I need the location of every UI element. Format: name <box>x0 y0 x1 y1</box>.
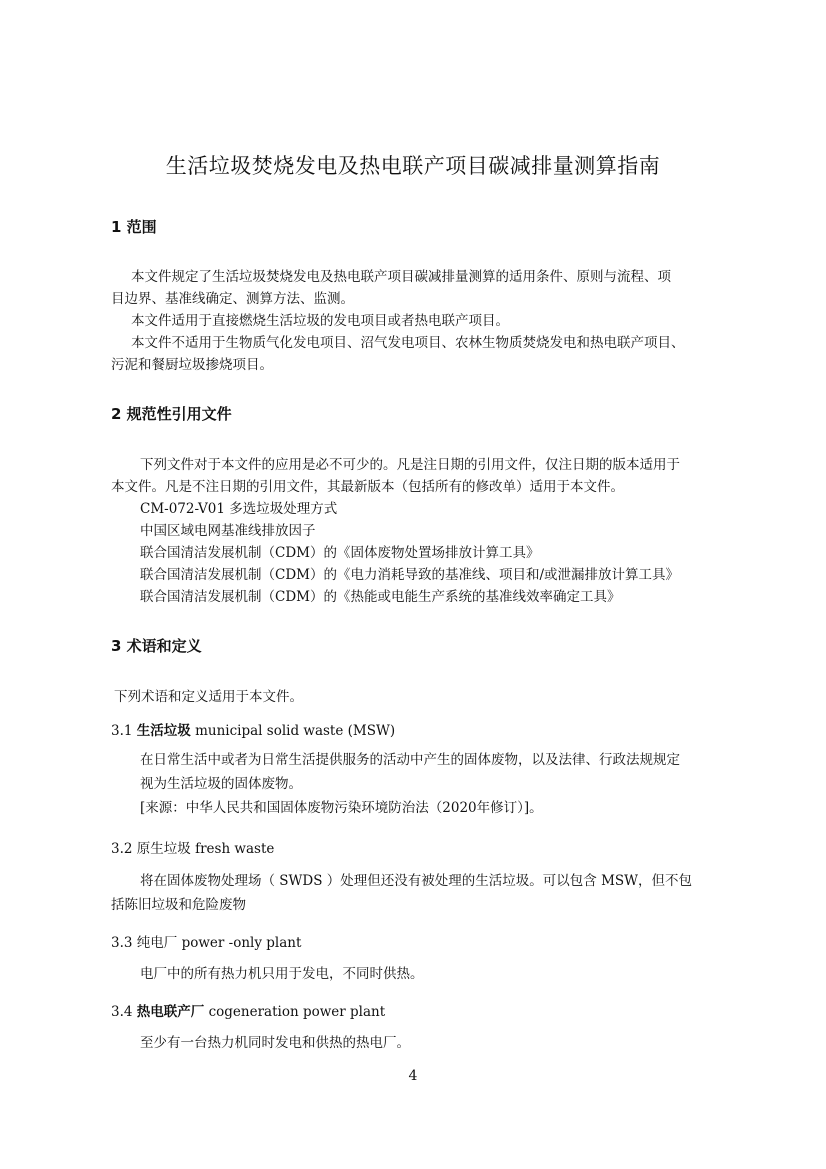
term-heading: 3.1 生活垃圾 municipal solid waste (MSW) <box>111 719 395 739</box>
paragraph: 本文件规定了生活垃圾焚烧发电及热电联产项目碳减排量测算的适用条件、原则与流程、项 <box>131 266 671 288</box>
reference-item: 联合国清洁发展机制（CDM）的《固体废物处置场排放计算工具》 <box>140 542 539 564</box>
term-definition: 电厂中的所有热力机只用于发电，不同时供热。 <box>140 963 424 985</box>
term-heading: 3.2 原生垃圾 fresh waste <box>111 837 274 857</box>
section-heading-normative-references: 2 规范性引用文件 <box>111 403 232 424</box>
reference-item: 联合国清洁发展机制（CDM）的《热能或电能生产系统的基准线效率确定工具》 <box>140 586 620 608</box>
term-definition: 在日常生活中或者为日常生活提供服务的活动中产生的固体废物，以及法律、行政法规规定 <box>140 749 680 771</box>
term-number: 3.3 <box>111 935 132 951</box>
term-en: municipal solid waste (MSW) <box>195 723 395 739</box>
term-number: 3.1 <box>111 723 132 739</box>
term-zh: 热电联产厂 <box>137 1004 205 1020</box>
paragraph: 本文件。凡是不注日期的引用文件，其最新版本（包括所有的修改单）适用于本文件。 <box>111 476 624 498</box>
term-number: 3.2 <box>111 841 132 857</box>
reference-item: 联合国清洁发展机制（CDM）的《电力消耗导致的基准线、项目和/或泄漏排放计算工具… <box>140 564 679 586</box>
paragraph: 目边界、基准线确定、测算方法、监测。 <box>111 288 354 310</box>
term-definition: 视为生活垃圾的固体废物。 <box>140 773 302 795</box>
term-en: power -only plant <box>182 935 302 951</box>
term-number: 3.4 <box>111 1004 132 1020</box>
section-heading-terms: 3 术语和定义 <box>111 635 202 656</box>
paragraph: 本文件适用于直接燃烧生活垃圾的发电项目或者热电联产项目。 <box>131 310 509 332</box>
term-zh: 生活垃圾 <box>137 723 191 739</box>
term-source: [来源：中华人民共和国固体废物污染环境防治法（2020年修订）]。 <box>140 797 543 819</box>
term-zh: 纯电厂 <box>137 935 178 951</box>
paragraph: 污泥和餐厨垃圾掺烧项目。 <box>111 354 273 376</box>
term-heading: 3.4 热电联产厂 cogeneration power plant <box>111 1000 385 1020</box>
paragraph: 本文件不适用于生物质气化发电项目、沼气发电项目、农林生物质焚烧发电和热电联产项目… <box>131 332 685 354</box>
term-definition: 将在固体废物处理场（ SWDS ）处理但还没有被处理的生活垃圾。可以包含 MSW… <box>140 870 692 892</box>
term-definition: 括陈旧垃圾和危险废物 <box>111 894 246 916</box>
reference-item: 中国区域电网基准线排放因子 <box>140 520 316 542</box>
paragraph: 下列文件对于本文件的应用是必不可少的。凡是注日期的引用文件，仅注日期的版本适用于 <box>140 454 680 476</box>
term-en: fresh waste <box>195 841 274 857</box>
term-heading: 3.3 纯电厂 power -only plant <box>111 931 301 951</box>
paragraph: 下列术语和定义适用于本文件。 <box>114 686 303 708</box>
page-number: 4 <box>0 1068 826 1084</box>
section-heading-scope: 1 范围 <box>111 216 157 237</box>
term-en: cogeneration power plant <box>209 1004 386 1020</box>
document-title: 生活垃圾焚烧发电及热电联产项目碳减排量测算指南 <box>0 150 826 180</box>
term-definition: 至少有一台热力机同时发电和供热的热电厂。 <box>140 1032 410 1054</box>
reference-item: CM-072-V01 多选垃圾处理方式 <box>140 498 337 520</box>
term-zh: 原生垃圾 <box>137 841 191 857</box>
